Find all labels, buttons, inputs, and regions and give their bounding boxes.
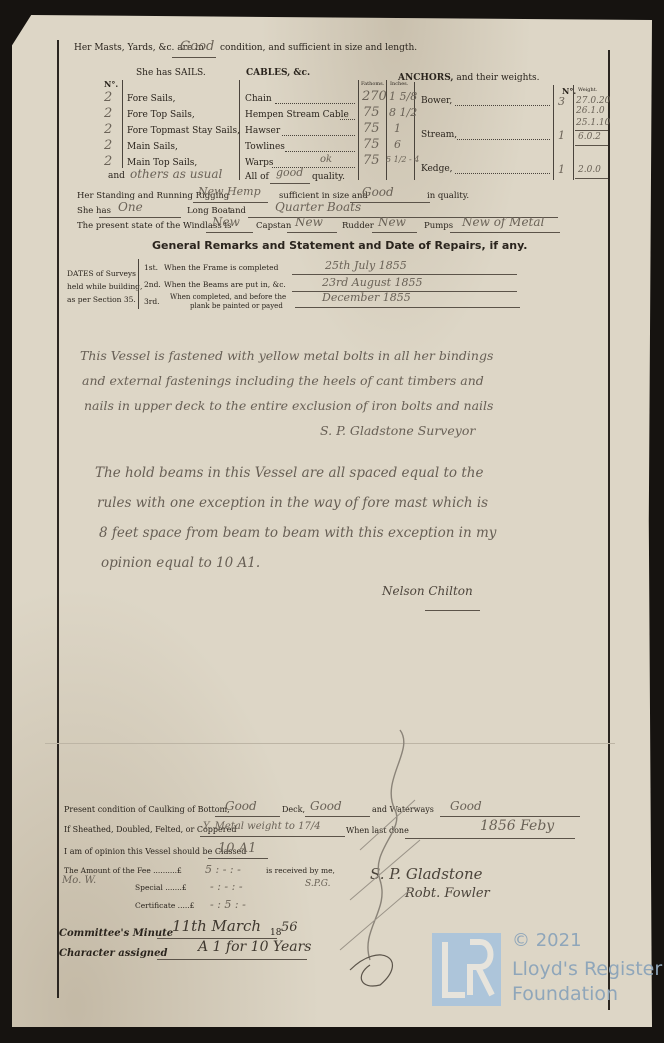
cable-note: ok	[320, 155, 332, 165]
surveys-side-line: held while building,	[67, 283, 142, 291]
survey-date-field	[292, 273, 517, 275]
surveys-bracket-rule	[138, 259, 139, 309]
surveys-side-line: as per Section 35.	[67, 296, 136, 304]
cable-fathoms: 75	[363, 154, 380, 167]
rudder-label: Rudder	[342, 222, 374, 231]
committee-minute-year-prefix: 18	[270, 929, 281, 938]
anchor-weight: 6.0.2	[578, 133, 601, 142]
masts-condition-value: Good	[180, 40, 214, 53]
cables-quality-prefix: All of	[245, 173, 269, 182]
cable-label: Hempen Stream Cable	[245, 111, 349, 120]
surveys-side-line: DATES of Surveys	[67, 270, 136, 278]
anchor-weight-rule	[575, 177, 608, 179]
caulking-deck-label: Deck,	[282, 806, 305, 814]
rudder-value: New	[378, 216, 406, 228]
fathoms-left-divider	[358, 80, 359, 180]
cables-quality-value: good	[276, 167, 303, 178]
anchor-label: Bower,	[421, 97, 452, 106]
anchor-count: 1	[558, 164, 565, 175]
rigging-value: New Hemp	[198, 186, 261, 197]
right-border-rule	[608, 50, 610, 1010]
caulking-prefix: Present condition of Caulking of Bottom,	[64, 806, 230, 814]
pumps-field	[450, 231, 560, 233]
sail-label: Fore Topmast Stay Sails,	[127, 127, 240, 136]
sail-label: Main Sails,	[127, 143, 178, 152]
anchor-weight: 26.1.0	[576, 107, 605, 116]
masts-condition-field	[172, 56, 216, 58]
sails-no-header: N°.	[104, 80, 118, 88]
sail-label: Fore Sails,	[127, 95, 175, 104]
fee-certificate-value: - : 5 : -	[210, 899, 246, 910]
windlass-value: New	[212, 216, 240, 228]
masts-suffix: condition, and sufficient in size and le…	[220, 44, 417, 53]
survey-num: 3rd.	[144, 298, 160, 306]
remarks-line: rules with one exception in the way of f…	[97, 490, 488, 516]
capstan-label: Capstan	[256, 222, 291, 231]
long-boat-count: One	[118, 201, 143, 213]
general-remarks-title: General Remarks and Statement and Date o…	[152, 240, 527, 251]
survey-date: 25th July 1855	[325, 260, 407, 271]
rigging-suffix: in quality.	[427, 192, 469, 201]
anchor-weight: 25.1.10	[576, 119, 610, 128]
caulking-bottom: Good	[225, 800, 257, 812]
sail-count: 2	[104, 91, 112, 104]
cables-quality-suffix: quality.	[312, 173, 345, 182]
survey-label-line2: plank be painted or payed	[190, 303, 283, 310]
remarks-line: and external fastenings including the he…	[82, 368, 484, 394]
survey-num: 1st.	[144, 264, 158, 272]
classing-field	[208, 857, 268, 859]
anchor-count: 3	[558, 96, 565, 107]
fee-amount-value: 5 : - : -	[205, 864, 241, 875]
sheathing-value: Y. Metal weight to 17/4	[203, 822, 321, 832]
second-surveyor-signature: Nelson Chilton	[382, 578, 473, 604]
watermark-org-line1: Lloyd's Register	[512, 960, 662, 979]
remarks-line: This Vessel is fastened with yellow meta…	[80, 343, 493, 369]
diagonal-signature-flourish	[320, 720, 430, 990]
fee-amount-label: The Amount of the Fee ..........£	[64, 867, 182, 875]
capstan-value: New	[295, 216, 323, 228]
anchor-weight-rule	[575, 144, 608, 146]
inches-header: Inches.	[390, 82, 408, 87]
cable-inches: 1	[394, 123, 401, 134]
character-assigned-value: A 1 for 10 Years	[198, 940, 311, 954]
watermark-copyright: © 2021	[512, 932, 582, 950]
signature-underline	[425, 609, 480, 611]
cable-inches: 6	[394, 139, 401, 150]
fee-special-label: Special .......£	[135, 884, 187, 892]
sails-others-value: others as usual	[130, 168, 222, 180]
cable-leader-dots	[285, 150, 355, 152]
cable-fathoms: 75	[363, 138, 380, 151]
survey-date: 23rd August 1855	[322, 277, 423, 288]
cable-inches: 5 1/2 - 4	[386, 156, 419, 164]
anchor-weight: 2.0.0	[578, 166, 601, 175]
rigging-quality: Good	[362, 186, 394, 198]
fee-special-value: - : - : -	[210, 881, 243, 892]
anchors-weight-divider	[573, 85, 574, 180]
anchors-no-divider	[553, 85, 554, 180]
sails-heading: She has SAILS.	[136, 69, 206, 78]
sail-count: 2	[104, 155, 112, 168]
anchor-label: Kedge,	[421, 165, 453, 174]
windlass-prefix: The present state of the Windlass is	[77, 222, 232, 231]
character-assigned-field	[157, 958, 307, 960]
last-done-value: 1856 Feby	[480, 819, 554, 833]
survey-label: When completed, and before the	[170, 294, 286, 301]
character-assigned-label: Character assigned	[59, 949, 167, 959]
cable-fathoms: 270	[362, 90, 387, 103]
cable-label: Warps	[245, 159, 274, 168]
anchor-count: 1	[558, 130, 565, 141]
pumps-value: New of Metal	[462, 216, 544, 228]
windlass-field	[206, 231, 253, 233]
fee-margin-note: Mo. W.	[62, 876, 96, 886]
anchors-weight-header: Weight.	[578, 88, 597, 93]
watermark-org-line2: Foundation	[512, 985, 618, 1004]
caulking-waterways: Good	[450, 800, 482, 812]
remarks-line: 8 feet space from beam to beam with this…	[99, 520, 496, 546]
remarks-line: opinion equal to 10 A1.	[101, 550, 260, 576]
cable-label: Towlines	[245, 143, 285, 152]
survey-label: When the Beams are put in, &c.	[164, 281, 286, 289]
last-done-field	[405, 837, 575, 839]
fathoms-header: Fathoms.	[361, 82, 384, 87]
left-border-rule	[57, 40, 59, 998]
classing-value: 10 A1	[218, 842, 256, 855]
long-boat-field	[99, 216, 181, 218]
surveyor-signature: S. P. Gladstone Surveyor	[320, 418, 475, 444]
committee-minute-label: Committee's Minute	[59, 929, 173, 939]
remarks-line: nails in upper deck to the entire exclus…	[84, 393, 493, 419]
cables-heading: CABLES, &c.	[246, 69, 310, 78]
rigging-field	[193, 201, 268, 203]
sails-others-prefix: and	[108, 172, 125, 181]
caulking-bottom-field	[215, 815, 280, 817]
cable-leader-dots	[275, 102, 355, 104]
cable-inches: 1 5/8	[389, 91, 417, 102]
committee-minute-value: 11th March	[172, 919, 261, 934]
anchors-heading-rest: and their weights.	[456, 73, 539, 83]
survey-date-field	[295, 306, 520, 308]
cables-quality-field	[270, 182, 310, 184]
rigging-quality-field	[350, 201, 430, 203]
anchor-weight: 27.0.20	[576, 97, 610, 106]
cable-fathoms: 75	[363, 106, 380, 119]
sails-column-divider	[122, 80, 123, 168]
pumps-label: Pumps	[424, 222, 453, 231]
anchor-leader-dots	[455, 172, 550, 174]
other-boats-value: Quarter Boats	[275, 201, 361, 213]
fee-certificate-label: Certificate .....£	[135, 902, 194, 910]
boats-prefix: She has	[77, 207, 111, 216]
rudder-field	[372, 231, 417, 233]
anchor-weight-rule	[575, 129, 608, 131]
remarks-line: The hold beams in this Vessel are all sp…	[95, 460, 483, 486]
sail-count: 2	[104, 123, 112, 136]
cable-label: Hawser	[245, 127, 280, 136]
lr-logo-watermark	[432, 933, 501, 1006]
anchor-leader-dots	[455, 104, 550, 106]
committee-minute-year-suffix: 56	[281, 921, 298, 934]
sail-label: Fore Top Sails,	[127, 111, 195, 120]
sail-count: 2	[104, 107, 112, 120]
survey-num: 2nd.	[144, 281, 161, 289]
cable-leader-dots	[340, 118, 355, 120]
capstan-field	[287, 231, 337, 233]
anchor-label: Stream,	[421, 131, 457, 140]
cable-label: Chain	[245, 95, 272, 104]
survey-label: When the Frame is completed	[164, 264, 278, 272]
anchor-leader-dots	[457, 138, 550, 140]
cable-fathoms: 75	[363, 122, 380, 135]
survey-date: December 1855	[322, 292, 411, 303]
caulking-waterways-field	[440, 815, 580, 817]
cable-inches: 8 1/2	[389, 107, 417, 118]
lr-logo-icon	[432, 933, 501, 1006]
sail-count: 2	[104, 139, 112, 152]
anchors-heading: ANCHORS, and their weights.	[398, 74, 540, 83]
cable-leader-dots	[282, 134, 355, 136]
